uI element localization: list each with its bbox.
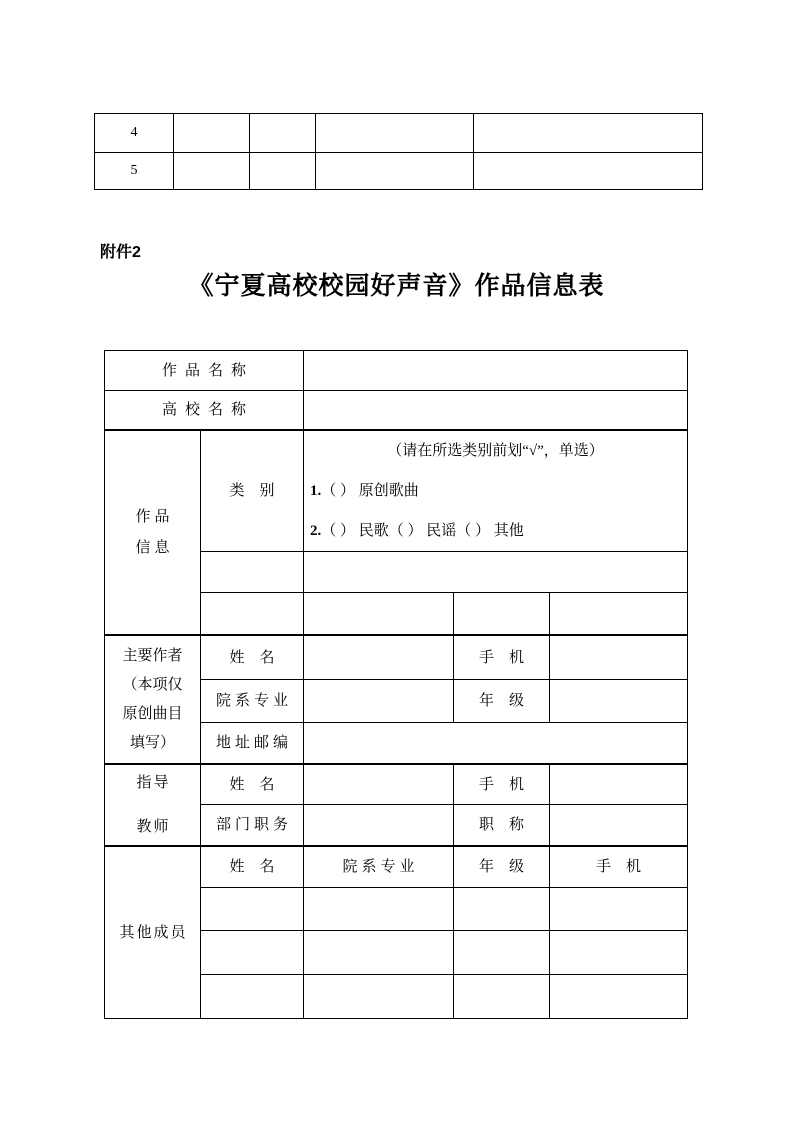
work-name-label: 作品名称 — [105, 351, 304, 391]
advisor-title-label: 职 称 — [454, 805, 550, 847]
category-options-cell[interactable]: （请在所选类别前划“√”，单选） 1.（ ） 原创歌曲 2.（ ） 民歌（ ） … — [304, 431, 688, 552]
members-header-grade: 年 级 — [454, 847, 550, 888]
author-dept-major-label-text: 院系专业 — [216, 692, 292, 710]
top-table-cell[interactable] — [474, 114, 703, 153]
author-phone-label: 手 机 — [454, 636, 550, 680]
member-name-input-cell[interactable] — [201, 975, 304, 1019]
author-name-input-cell[interactable] — [304, 636, 454, 680]
work-info-section-label: 作品 信息 — [105, 431, 201, 636]
work-info-blank-value-cell[interactable] — [304, 552, 688, 593]
advisor-section-label: 指导 教师 — [105, 765, 201, 847]
advisor-name-input-cell[interactable] — [304, 765, 454, 805]
top-table-cell[interactable] — [316, 114, 474, 153]
author-phone-input-cell[interactable] — [550, 636, 688, 680]
advisor-title-input-cell[interactable] — [550, 805, 688, 847]
author-address-label-text: 地址邮编 — [216, 734, 292, 752]
work-info-blank-label-cell[interactable] — [201, 552, 304, 593]
work-info-label-line2: 信息 — [135, 539, 173, 557]
author-address-input-cell[interactable] — [304, 723, 688, 765]
category-option-2[interactable]: 2.（ ） 民歌（ ） 民谣（ ） 其他 — [304, 511, 687, 551]
top-table-cell[interactable] — [250, 153, 316, 190]
category-note: （请在所选类别前划“√”，单选） — [304, 431, 687, 471]
top-table-cell[interactable] — [316, 153, 474, 190]
member-grade-input-cell[interactable] — [454, 931, 550, 975]
members-header-dept-major-text: 院系专业 — [342, 858, 418, 876]
category-label: 类 别 — [201, 431, 304, 552]
member-phone-input-cell[interactable] — [550, 931, 688, 975]
work-info-form-table: 作品名称 高校名称 作品 信息 类 别 （请在所选类别前划“√”，单选） 1.（… — [104, 350, 688, 1019]
top-partial-table: 4 5 — [94, 113, 703, 190]
school-name-label: 高校名称 — [105, 391, 304, 431]
school-name-label-text: 高校名称 — [162, 401, 254, 419]
members-header-dept-major: 院系专业 — [304, 847, 454, 888]
member-dept-major-input-cell[interactable] — [304, 888, 454, 931]
main-author-label-line3: 原创曲目 — [122, 700, 182, 729]
member-phone-input-cell[interactable] — [550, 975, 688, 1019]
work-info-extra-cell[interactable] — [454, 593, 550, 636]
top-table-cell[interactable] — [474, 153, 703, 190]
school-name-input-cell[interactable] — [304, 391, 688, 431]
advisor-name-label: 姓 名 — [201, 765, 304, 805]
attachment-label: 附件2 — [100, 239, 141, 262]
author-dept-major-input-cell[interactable] — [304, 680, 454, 723]
author-address-label: 地址邮编 — [201, 723, 304, 765]
member-name-input-cell[interactable] — [201, 888, 304, 931]
other-members-section-label: 其他成员 — [105, 847, 201, 1019]
member-name-input-cell[interactable] — [201, 931, 304, 975]
page-title: 《宁夏高校校园好声音》作品信息表 — [0, 266, 793, 302]
category-option-1[interactable]: 1.（ ） 原创歌曲 — [304, 471, 687, 511]
category-option-1-text: （ ） 原创歌曲 — [321, 483, 419, 499]
work-name-label-text: 作品名称 — [162, 362, 254, 380]
work-name-input-cell[interactable] — [304, 351, 688, 391]
member-grade-input-cell[interactable] — [454, 888, 550, 931]
member-grade-input-cell[interactable] — [454, 975, 550, 1019]
other-members-label-text: 其他成员 — [119, 924, 187, 942]
member-dept-major-input-cell[interactable] — [304, 975, 454, 1019]
top-table-cell[interactable] — [174, 153, 250, 190]
members-header-phone: 手 机 — [550, 847, 688, 888]
top-table-cell[interactable] — [174, 114, 250, 153]
member-dept-major-input-cell[interactable] — [304, 931, 454, 975]
main-author-section-label: 主要作者 （本项仅 原创曲目 填写） — [105, 636, 201, 765]
work-info-extra-cell[interactable] — [550, 593, 688, 636]
author-dept-major-label: 院系专业 — [201, 680, 304, 723]
main-author-label-line1: 主要作者 — [122, 642, 182, 671]
advisor-phone-input-cell[interactable] — [550, 765, 688, 805]
top-table-row4-number: 4 — [95, 114, 174, 153]
member-phone-input-cell[interactable] — [550, 888, 688, 931]
category-option-2-number: 2. — [310, 523, 321, 539]
advisor-dept-duty-label: 部门职务 — [201, 805, 304, 847]
work-info-extra-cell[interactable] — [304, 593, 454, 636]
top-table-cell[interactable] — [250, 114, 316, 153]
advisor-dept-duty-label-text: 部门职务 — [216, 816, 292, 834]
work-info-label-line1: 作品 — [135, 508, 173, 526]
advisor-phone-label: 手 机 — [454, 765, 550, 805]
members-header-name: 姓 名 — [201, 847, 304, 888]
work-info-extra-cell[interactable] — [201, 593, 304, 636]
author-name-label: 姓 名 — [201, 636, 304, 680]
document-page: { "page": { "attachment_label": "附件2", "… — [0, 0, 793, 1122]
advisor-label-line1: 指导 — [136, 774, 170, 792]
advisor-label-line2: 教师 — [136, 818, 170, 836]
top-table-row5-number: 5 — [95, 153, 174, 190]
advisor-dept-duty-input-cell[interactable] — [304, 805, 454, 847]
author-grade-input-cell[interactable] — [550, 680, 688, 723]
category-option-2-text: （ ） 民歌（ ） 民谣（ ） 其他 — [321, 523, 524, 539]
author-grade-label: 年 级 — [454, 680, 550, 723]
main-author-label-line4: 填写） — [130, 729, 175, 758]
main-author-label-line2: （本项仅 — [122, 671, 182, 700]
category-option-1-number: 1. — [310, 483, 321, 499]
